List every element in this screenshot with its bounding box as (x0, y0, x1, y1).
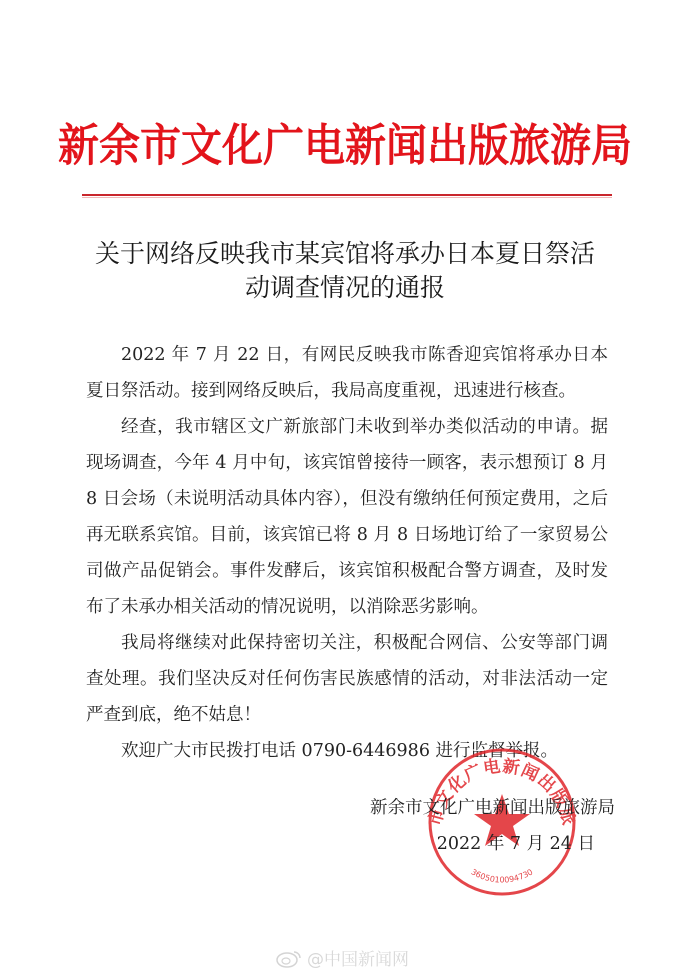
paragraph-2: 经查，我市辖区文广新旅部门未收到举办类似活动的申请。据现场调查，今年 4 月中旬… (86, 409, 608, 625)
document-title: 关于网络反映我市某宾馆将承办日本夏日祭活 动调查情况的通报 (60, 237, 630, 305)
signature-organization: 新余市文化广电新闻出版旅游局 (300, 790, 615, 826)
header-divider-shadow (82, 197, 612, 198)
watermark-text: @中国新闻网 (307, 945, 409, 970)
header-divider (82, 194, 612, 196)
seal-code: 3605010094730 (470, 867, 535, 884)
document-title-line-2: 动调查情况的通报 (60, 271, 630, 305)
weibo-icon (275, 948, 303, 968)
watermark: @中国新闻网 (275, 945, 409, 970)
svg-text:3605010094730: 3605010094730 (470, 867, 535, 884)
paragraph-3: 我局将继续对此保持密切关注，积极配合网信、公安等部门调查处理。我们坚决反对任何伤… (86, 625, 608, 733)
paragraph-1: 2022 年 7 月 22 日，有网民反映我市陈香迎宾馆将承办日本夏日祭活动。接… (86, 337, 608, 409)
signature-date: 2022 年 7 月 24 日 (300, 826, 615, 862)
signature-block: 新余市文化广电新闻出版旅游局 2022 年 7 月 24 日 (300, 790, 615, 862)
document-title-line-1: 关于网络反映我市某宾馆将承办日本夏日祭活 (60, 237, 630, 271)
masthead-title: 新余市文化广电新闻出版旅游局 (0, 110, 690, 174)
document-body: 2022 年 7 月 22 日，有网民反映我市陈香迎宾馆将承办日本夏日祭活动。接… (86, 337, 608, 769)
